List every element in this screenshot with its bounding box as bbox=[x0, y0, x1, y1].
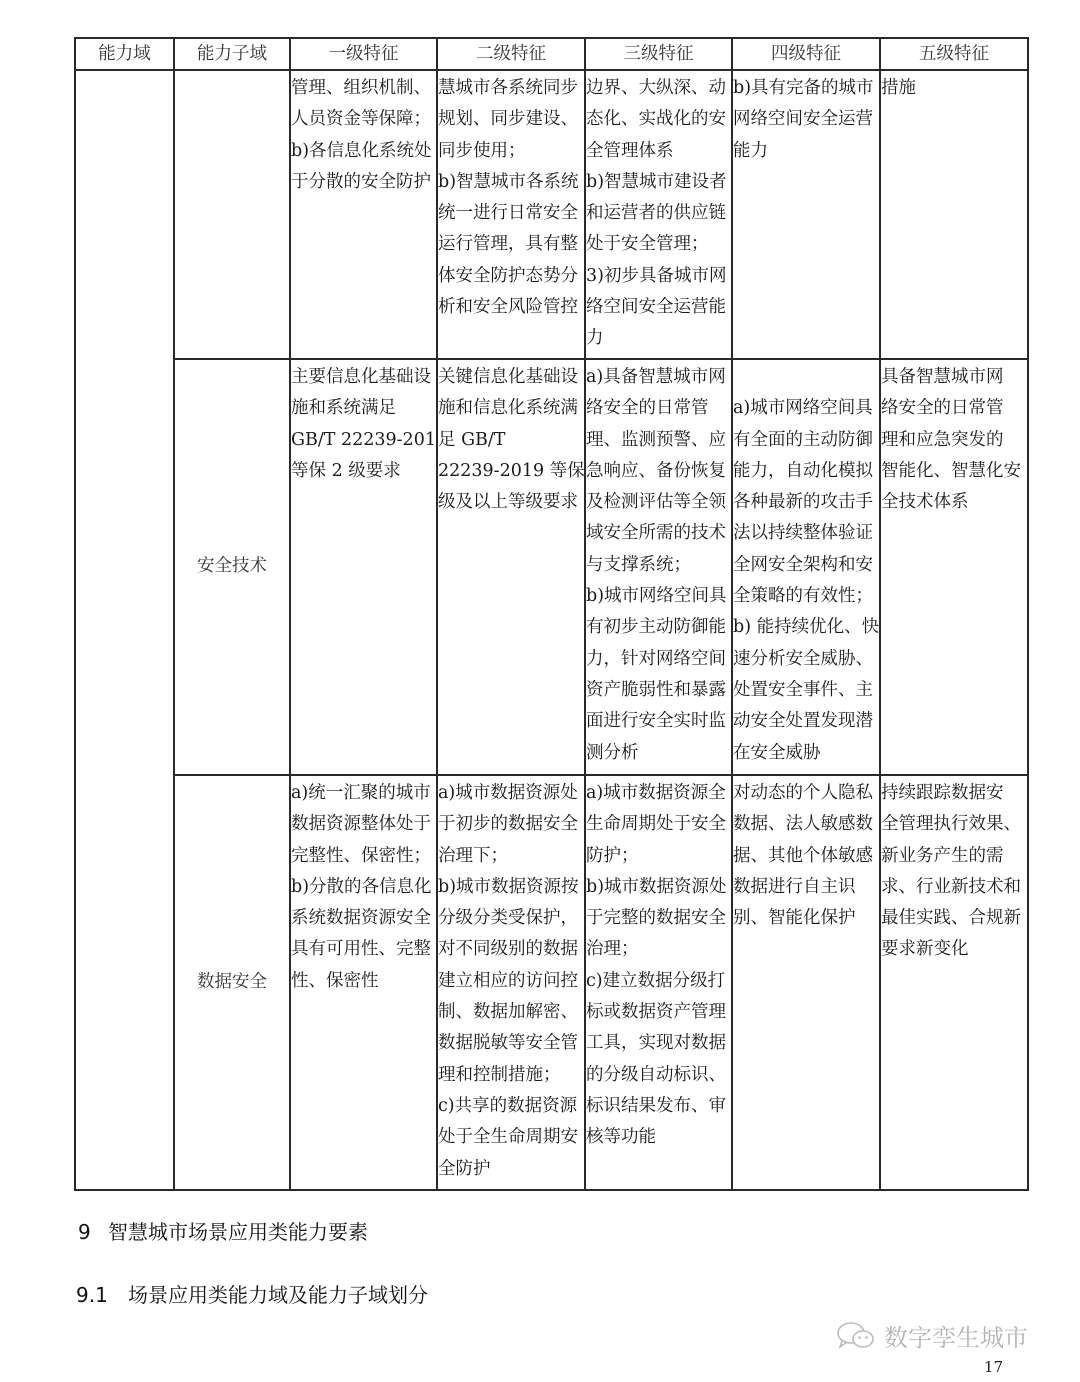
cell-text-line: b)各信息化系统处 bbox=[291, 136, 436, 167]
cell-text-line: b)智慧城市建设者 bbox=[586, 167, 731, 198]
section-title: 场景应用类能力域及能力子域划分 bbox=[128, 1283, 428, 1307]
cell-text-line: 力 bbox=[586, 323, 731, 354]
cell-text-line: 网络空间安全运营 bbox=[733, 104, 879, 135]
cell-text-line: 核等功能 bbox=[586, 1122, 731, 1153]
table-header-row: 能力域 能力子域 一级特征 二级特征 三级特征 四级特征 五级特征 bbox=[75, 38, 1028, 70]
cell-text-line: 于完整的数据安全 bbox=[586, 903, 731, 934]
level-5-cell: 具备智慧城市网络安全的日常管理和应急突发的智能化、智慧化安全技术体系 bbox=[880, 359, 1028, 775]
cell-text-line: 人员资金等保障； bbox=[291, 104, 436, 135]
section-number: 9.1 bbox=[76, 1283, 128, 1307]
cell-text-line: b) 能持续优化、快 bbox=[733, 612, 879, 643]
cell-text-line: 数据资源整体处于 bbox=[291, 809, 436, 840]
cell-text-line: 措施 bbox=[881, 73, 1027, 104]
cell-text-line: a)城市数据资源处 bbox=[438, 778, 584, 809]
cell-text-line: 运行管理，具有整 bbox=[438, 229, 584, 260]
cell-text-line: 最佳实践、合规新 bbox=[881, 903, 1027, 934]
cell-text-line: 在安全威胁 bbox=[733, 738, 879, 769]
level-4-cell: 对动态的个人隐私数据、法人敏感数据、其他个体敏感数据进行自主识别、智能化保护 bbox=[732, 775, 880, 1190]
cell-text-line: c)建立数据分级打 bbox=[586, 966, 731, 997]
cell-text-line: 建立相应的访问控 bbox=[438, 966, 584, 997]
subdomain-cell: 数据安全 bbox=[174, 775, 290, 1190]
cell-text-line: 及检测评估等全领 bbox=[586, 487, 731, 518]
cell-text-line: 理和控制措施； bbox=[438, 1060, 584, 1091]
header-level-2: 二级特征 bbox=[437, 38, 585, 70]
level-1-cell: a)统一汇聚的城市数据资源整体处于完整性、保密性；b)分散的各信息化系统数据资源… bbox=[290, 775, 437, 1190]
cell-text-line: 理和应急突发的 bbox=[881, 425, 1027, 456]
capability-table: 能力域 能力子域 一级特征 二级特征 三级特征 四级特征 五级特征 管理、组织机… bbox=[74, 37, 1029, 1191]
cell-text-line: 管理、组织机制、 bbox=[291, 73, 436, 104]
cell-text-line: 统一进行日常安全 bbox=[438, 198, 584, 229]
section-number: 9 bbox=[78, 1220, 108, 1244]
cell-text-line: 标或数据资产管理 bbox=[586, 997, 731, 1028]
cell-text-line: 具有可用性、完整 bbox=[291, 934, 436, 965]
table-row: 数据安全 a)统一汇聚的城市数据资源整体处于完整性、保密性；b)分散的各信息化系… bbox=[75, 775, 1028, 1190]
cell-text-line: 标识结果发布、审 bbox=[586, 1091, 731, 1122]
cell-text-line: 有全面的主动防御 bbox=[733, 425, 879, 456]
level-3-cell: a)城市数据资源全生命周期处于安全防护；b)城市数据资源处于完整的数据安全治理；… bbox=[585, 775, 732, 1190]
cell-text-line: 体安全防护态势分 bbox=[438, 261, 584, 292]
cell-text-line: 性、保密性 bbox=[291, 966, 436, 997]
table-row: 安全技术 主要信息化基础设施和系统满足GB/T 22239-2019等保 2 级… bbox=[75, 359, 1028, 775]
level-2-cell: 慧城市各系统同步规划、同步建设、同步使用；b)智慧城市各系统统一进行日常安全运行… bbox=[437, 70, 585, 359]
cell-text-line: 求、行业新技术和 bbox=[881, 872, 1027, 903]
watermark: 数字孪生城市 bbox=[836, 1318, 1028, 1353]
page-number: 17 bbox=[984, 1358, 1003, 1376]
cell-text-line: b)智慧城市各系统 bbox=[438, 167, 584, 198]
cell-text-line: 完整性、保密性； bbox=[291, 841, 436, 872]
cell-text-line: 态化、实战化的安 bbox=[586, 104, 731, 135]
level-4-cell: b)具有完备的城市网络空间安全运营能力 bbox=[732, 70, 880, 359]
cell-text-line: 关键信息化基础设 bbox=[438, 362, 584, 393]
cell-text-line: 速分析安全威胁、 bbox=[733, 644, 879, 675]
cell-text-line: 急响应、备份恢复 bbox=[586, 456, 731, 487]
cell-text-line: 有初步主动防御能 bbox=[586, 612, 731, 643]
section-title: 智慧城市场景应用类能力要素 bbox=[108, 1220, 368, 1244]
cell-text-line: a)统一汇聚的城市 bbox=[291, 778, 436, 809]
cell-text-line: GB/T 22239-2019 bbox=[291, 425, 436, 456]
cell-text-line: 法以持续整体验证 bbox=[733, 518, 879, 549]
cell-text-line: 防护； bbox=[586, 841, 731, 872]
cell-text-line: 足 GB/T bbox=[438, 425, 584, 456]
cell-text-line: 具备智慧城市网 bbox=[881, 362, 1027, 393]
cell-text-line: 全策略的有效性； bbox=[733, 581, 879, 612]
cell-text-line: 施和系统满足 bbox=[291, 393, 436, 424]
cell-text-line: 对动态的个人隐私 bbox=[733, 778, 879, 809]
cell-text-line: 能力 bbox=[733, 136, 879, 167]
cell-text-line: 域安全所需的技术 bbox=[586, 518, 731, 549]
level-2-cell: 关键信息化基础设施和信息化系统满足 GB/T22239-2019 等保 3级及以… bbox=[437, 359, 585, 775]
cell-text-line: 析和安全风险管控 bbox=[438, 292, 584, 323]
cell-text-line: 于初步的数据安全 bbox=[438, 809, 584, 840]
cell-text-line: 慧城市各系统同步 bbox=[438, 73, 584, 104]
cell-text-line: c)共享的数据资源 bbox=[438, 1091, 584, 1122]
cell-text-line: 系统数据资源安全 bbox=[291, 903, 436, 934]
cell-text-line: 要求新变化 bbox=[881, 934, 1027, 965]
cell-text-line: b)城市网络空间具 bbox=[586, 581, 731, 612]
cell-text-line: 工具，实现对数据 bbox=[586, 1028, 731, 1059]
cell-text-line: 于分散的安全防护 bbox=[291, 167, 436, 198]
capability-domain-cell bbox=[75, 70, 174, 1190]
cell-text-line: 生命周期处于安全 bbox=[586, 809, 731, 840]
cell-text-line: 全管理执行效果、 bbox=[881, 809, 1027, 840]
header-level-3: 三级特征 bbox=[585, 38, 732, 70]
cell-text-line: 络空间安全运营能 bbox=[586, 292, 731, 323]
cell-text-line: 制、数据加解密、 bbox=[438, 997, 584, 1028]
cell-text-line: 络安全的日常管 bbox=[586, 393, 731, 424]
cell-text-line: 资产脆弱性和暴露 bbox=[586, 675, 731, 706]
cell-text-line: 3)初步具备城市网 bbox=[586, 261, 731, 292]
cell-text-line: 等保 2 级要求 bbox=[291, 456, 436, 487]
cell-text-line: b)城市数据资源按 bbox=[438, 872, 584, 903]
cell-text-line: 智能化、智慧化安 bbox=[881, 456, 1027, 487]
level-2-cell: a)城市数据资源处于初步的数据安全治理下；b)城市数据资源按分级分类受保护，对不… bbox=[437, 775, 585, 1190]
cell-text-line: 分级分类受保护， bbox=[438, 903, 584, 934]
section-heading-9-1: 9.1场景应用类能力域及能力子域划分 bbox=[76, 1279, 428, 1308]
cell-text-line: a)城市数据资源全 bbox=[586, 778, 731, 809]
cell-text-line: 治理； bbox=[586, 934, 731, 965]
cell-text-line: 级及以上等级要求 bbox=[438, 487, 584, 518]
cell-text-line: 数据进行自主识 bbox=[733, 872, 879, 903]
section-heading-9: 9智慧城市场景应用类能力要素 bbox=[78, 1216, 368, 1245]
cell-text-line: 力，针对网络空间 bbox=[586, 644, 731, 675]
cell-text-line: 面进行安全实时监 bbox=[586, 706, 731, 737]
cell-text-line: 处于安全管理； bbox=[586, 229, 731, 260]
level-5-cell: 措施 bbox=[880, 70, 1028, 359]
cell-text-line: 和运营者的供应链 bbox=[586, 198, 731, 229]
level-5-cell: 持续跟踪数据安全管理执行效果、新业务产生的需求、行业新技术和最佳实践、合规新要求… bbox=[880, 775, 1028, 1190]
cell-text-line: 的分级自动标识、 bbox=[586, 1060, 731, 1091]
cell-text-line: 能力，自动化模拟 bbox=[733, 456, 879, 487]
cell-text-line: 持续跟踪数据安 bbox=[881, 778, 1027, 809]
cell-text-line: 处置安全事件、主 bbox=[733, 675, 879, 706]
watermark-text: 数字孪生城市 bbox=[884, 1318, 1028, 1353]
cell-text-line: 对不同级别的数据 bbox=[438, 934, 584, 965]
cell-text-line: 数据、法人敏感数 bbox=[733, 809, 879, 840]
cell-text-line: 全网安全架构和安 bbox=[733, 550, 879, 581]
table-row: 管理、组织机制、人员资金等保障；b)各信息化系统处于分散的安全防护 慧城市各系统… bbox=[75, 70, 1028, 359]
subdomain-cell bbox=[174, 70, 290, 359]
wechat-icon bbox=[836, 1321, 876, 1351]
cell-text-line: b)具有完备的城市 bbox=[733, 73, 879, 104]
cell-text-line: b)城市数据资源处 bbox=[586, 872, 731, 903]
cell-text-line: 各种最新的攻击手 bbox=[733, 487, 879, 518]
subdomain-cell: 安全技术 bbox=[174, 359, 290, 775]
level-3-cell: a)具备智慧城市网络安全的日常管理、监测预警、应急响应、备份恢复及检测评估等全领… bbox=[585, 359, 732, 775]
cell-text-line: 与支撑系统； bbox=[586, 550, 731, 581]
cell-text-line: 全管理体系 bbox=[586, 136, 731, 167]
level-1-cell: 主要信息化基础设施和系统满足GB/T 22239-2019等保 2 级要求 bbox=[290, 359, 437, 775]
cell-text-line bbox=[733, 362, 879, 393]
level-1-cell: 管理、组织机制、人员资金等保障；b)各信息化系统处于分散的安全防护 bbox=[290, 70, 437, 359]
cell-text-line: 数据脱敏等安全管 bbox=[438, 1028, 584, 1059]
cell-text-line: 处于全生命周期安 bbox=[438, 1122, 584, 1153]
cell-text-line: 理、监测预警、应 bbox=[586, 425, 731, 456]
level-3-cell: 边界、大纵深、动态化、实战化的安全管理体系b)智慧城市建设者和运营者的供应链处于… bbox=[585, 70, 732, 359]
cell-text-line: 测分析 bbox=[586, 738, 731, 769]
cell-text-line: 施和信息化系统满 bbox=[438, 393, 584, 424]
header-capability-domain: 能力域 bbox=[75, 38, 174, 70]
cell-text-line: 动安全处置发现潜 bbox=[733, 706, 879, 737]
cell-text-line: 全防护 bbox=[438, 1154, 584, 1185]
cell-text-line: 全技术体系 bbox=[881, 487, 1027, 518]
cell-text-line: a)具备智慧城市网 bbox=[586, 362, 731, 393]
level-4-cell: a)城市网络空间具有全面的主动防御能力，自动化模拟各种最新的攻击手法以持续整体验… bbox=[732, 359, 880, 775]
cell-text-line: 据、其他个体敏感 bbox=[733, 841, 879, 872]
header-level-4: 四级特征 bbox=[732, 38, 880, 70]
cell-text-line: 别、智能化保护 bbox=[733, 903, 879, 934]
cell-text-line: 22239-2019 等保 3 bbox=[438, 456, 584, 487]
header-level-1: 一级特征 bbox=[290, 38, 437, 70]
cell-text-line: 新业务产生的需 bbox=[881, 841, 1027, 872]
cell-text-line: 治理下； bbox=[438, 841, 584, 872]
cell-text-line: a)城市网络空间具 bbox=[733, 393, 879, 424]
header-capability-subdomain: 能力子域 bbox=[174, 38, 290, 70]
cell-text-line: 主要信息化基础设 bbox=[291, 362, 436, 393]
cell-text-line: 边界、大纵深、动 bbox=[586, 73, 731, 104]
cell-text-line: 络安全的日常管 bbox=[881, 393, 1027, 424]
cell-text-line: 规划、同步建设、 bbox=[438, 104, 584, 135]
cell-text-line: 同步使用； bbox=[438, 136, 584, 167]
cell-text-line: b)分散的各信息化 bbox=[291, 872, 436, 903]
header-level-5: 五级特征 bbox=[880, 38, 1028, 70]
